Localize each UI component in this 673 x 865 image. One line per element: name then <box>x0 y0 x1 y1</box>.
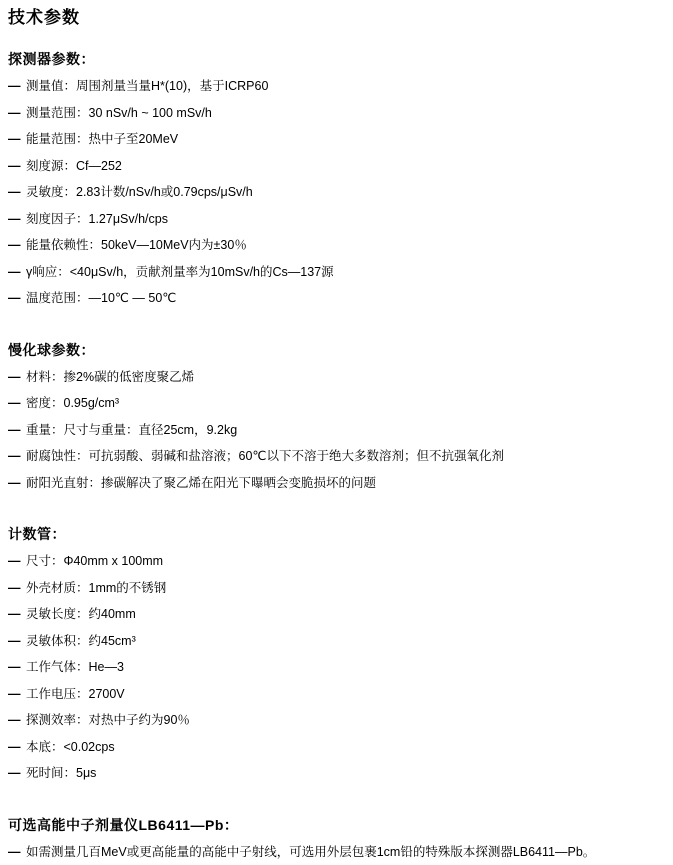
spec-item-text: 测量值：周围剂量当量H*(10)，基于ICRP60 <box>26 79 268 94</box>
bullet-dash-icon: — <box>8 713 26 728</box>
spec-item: —密度：0.95g/cm³ <box>8 396 668 411</box>
spec-item: —温度范围：—10℃ — 50℃ <box>8 291 668 306</box>
spec-item-text: 尺寸：Φ40mm x 100mm <box>26 554 163 569</box>
bullet-dash-icon: — <box>8 554 26 569</box>
spec-item: —测量范围：30 nSv/h ~ 100 mSv/h <box>8 106 668 121</box>
spec-item-text: γ响应：<40μSv/h，贡献剂量率为10mSv/h的Cs—137源 <box>26 265 334 280</box>
spec-item: —耐腐蚀性：可抗弱酸、弱碱和盐溶液；60℃以下不溶于绝大多数溶剂；但不抗强氧化剂 <box>8 449 668 464</box>
spec-item: —探测效率：对热中子约为90％ <box>8 713 668 728</box>
spec-item-text: 耐腐蚀性：可抗弱酸、弱碱和盐溶液；60℃以下不溶于绝大多数溶剂；但不抗强氧化剂 <box>26 449 504 464</box>
bullet-dash-icon: — <box>8 449 26 464</box>
spec-list-detector: —测量值：周围剂量当量H*(10)，基于ICRP60—测量范围：30 nSv/h… <box>8 79 668 306</box>
spec-item: —材料：掺2%碳的低密度聚乙烯 <box>8 370 668 385</box>
spec-item-text: 本底：<0.02cps <box>26 740 115 755</box>
spec-item: —刻度因子：1.27μSv/h/cps <box>8 212 668 227</box>
spec-list-optional-lb6411-pb: —如需测量几百MeV或更高能量的高能中子射线，可选用外层包裹1cm铅的特殊版本探… <box>8 845 668 860</box>
spec-item: —灵敏度：2.83计数/nSv/h或0.79cps/μSv/h <box>8 185 668 200</box>
spec-item: —死时间：5μs <box>8 766 668 781</box>
spec-item: —灵敏长度：约40mm <box>8 607 668 622</box>
spec-item-text: 密度：0.95g/cm³ <box>26 396 119 411</box>
spec-item-text: 材料：掺2%碳的低密度聚乙烯 <box>26 370 194 385</box>
bullet-dash-icon: — <box>8 845 26 860</box>
spec-list-moderator-sphere: —材料：掺2%碳的低密度聚乙烯—密度：0.95g/cm³—重量：尺寸与重量：直径… <box>8 370 668 491</box>
section-counter-tube-params: 计数管： —尺寸：Φ40mm x 100mm—外壳材质：1mm的不锈钢—灵敏长度… <box>8 526 668 781</box>
spec-item-text: 温度范围：—10℃ — 50℃ <box>26 291 176 306</box>
spec-item-text: 灵敏体积：约45cm³ <box>26 634 136 649</box>
spec-item: —测量值：周围剂量当量H*(10)，基于ICRP60 <box>8 79 668 94</box>
spec-item: —工作电压：2700V <box>8 687 668 702</box>
bullet-dash-icon: — <box>8 79 26 94</box>
section-heading-counter-tube: 计数管： <box>8 526 668 542</box>
spec-item-text: 工作气体：He—3 <box>26 660 124 675</box>
spec-item: —外壳材质：1mm的不锈钢 <box>8 581 668 596</box>
section-detector-params: 探测器参数： —测量值：周围剂量当量H*(10)，基于ICRP60—测量范围：3… <box>8 51 668 306</box>
section-optional-lb6411-pb: 可选高能中子剂量仪LB6411—Pb： —如需测量几百MeV或更高能量的高能中子… <box>8 817 668 860</box>
spec-item: —灵敏体积：约45cm³ <box>8 634 668 649</box>
spec-item: —能量范围：热中子至20MeV <box>8 132 668 147</box>
bullet-dash-icon: — <box>8 423 26 438</box>
bullet-dash-icon: — <box>8 607 26 622</box>
spec-item: —刻度源：Cf—252 <box>8 159 668 174</box>
spec-item-text: 死时间：5μs <box>26 766 96 781</box>
spec-item: —如需测量几百MeV或更高能量的高能中子射线，可选用外层包裹1cm铅的特殊版本探… <box>8 845 668 860</box>
bullet-dash-icon: — <box>8 132 26 147</box>
section-heading-moderator-sphere: 慢化球参数： <box>8 342 668 358</box>
section-heading-detector: 探测器参数： <box>8 51 668 67</box>
bullet-dash-icon: — <box>8 634 26 649</box>
bullet-dash-icon: — <box>8 687 26 702</box>
spec-item: —本底：<0.02cps <box>8 740 668 755</box>
spec-document: 技术参数 探测器参数： —测量值：周围剂量当量H*(10)，基于ICRP60—测… <box>8 8 668 859</box>
spec-item-text: 刻度因子：1.27μSv/h/cps <box>26 212 168 227</box>
bullet-dash-icon: — <box>8 740 26 755</box>
bullet-dash-icon: — <box>8 370 26 385</box>
spec-item-text: 重量：尺寸与重量：直径25cm，9.2kg <box>26 423 237 438</box>
spec-item-text: 探测效率：对热中子约为90％ <box>26 713 190 728</box>
spec-item-text: 外壳材质：1mm的不锈钢 <box>26 581 166 596</box>
bullet-dash-icon: — <box>8 581 26 596</box>
bullet-dash-icon: — <box>8 660 26 675</box>
spec-item: —工作气体：He—3 <box>8 660 668 675</box>
spec-item-text: 灵敏长度：约40mm <box>26 607 136 622</box>
bullet-dash-icon: — <box>8 291 26 306</box>
bullet-dash-icon: — <box>8 238 26 253</box>
spec-item: —耐阳光直射：掺碳解决了聚乙烯在阳光下曝晒会变脆损坏的问题 <box>8 476 668 491</box>
spec-item-text: 能量依赖性：50keV—10MeV内为±30％ <box>26 238 247 253</box>
spec-item: —能量依赖性：50keV—10MeV内为±30％ <box>8 238 668 253</box>
bullet-dash-icon: — <box>8 476 26 491</box>
spec-list-counter-tube: —尺寸：Φ40mm x 100mm—外壳材质：1mm的不锈钢—灵敏长度：约40m… <box>8 554 668 781</box>
bullet-dash-icon: — <box>8 396 26 411</box>
spec-item-text: 能量范围：热中子至20MeV <box>26 132 178 147</box>
spec-item-text: 耐阳光直射：掺碳解决了聚乙烯在阳光下曝晒会变脆损坏的问题 <box>26 476 376 491</box>
bullet-dash-icon: — <box>8 265 26 280</box>
bullet-dash-icon: — <box>8 185 26 200</box>
bullet-dash-icon: — <box>8 106 26 121</box>
spec-item: —γ响应：<40μSv/h，贡献剂量率为10mSv/h的Cs—137源 <box>8 265 668 280</box>
spec-item-text: 灵敏度：2.83计数/nSv/h或0.79cps/μSv/h <box>26 185 253 200</box>
spec-item: —尺寸：Φ40mm x 100mm <box>8 554 668 569</box>
spec-item-text: 刻度源：Cf—252 <box>26 159 122 174</box>
spec-item-text: 工作电压：2700V <box>26 687 125 702</box>
spec-item-text: 如需测量几百MeV或更高能量的高能中子射线，可选用外层包裹1cm铅的特殊版本探测… <box>26 845 595 860</box>
page-title: 技术参数 <box>8 8 668 27</box>
bullet-dash-icon: — <box>8 212 26 227</box>
bullet-dash-icon: — <box>8 766 26 781</box>
section-moderator-sphere-params: 慢化球参数： —材料：掺2%碳的低密度聚乙烯—密度：0.95g/cm³—重量：尺… <box>8 342 668 491</box>
section-heading-optional-lb6411-pb: 可选高能中子剂量仪LB6411—Pb： <box>8 817 668 833</box>
bullet-dash-icon: — <box>8 159 26 174</box>
spec-item: —重量：尺寸与重量：直径25cm，9.2kg <box>8 423 668 438</box>
spec-item-text: 测量范围：30 nSv/h ~ 100 mSv/h <box>26 106 212 121</box>
